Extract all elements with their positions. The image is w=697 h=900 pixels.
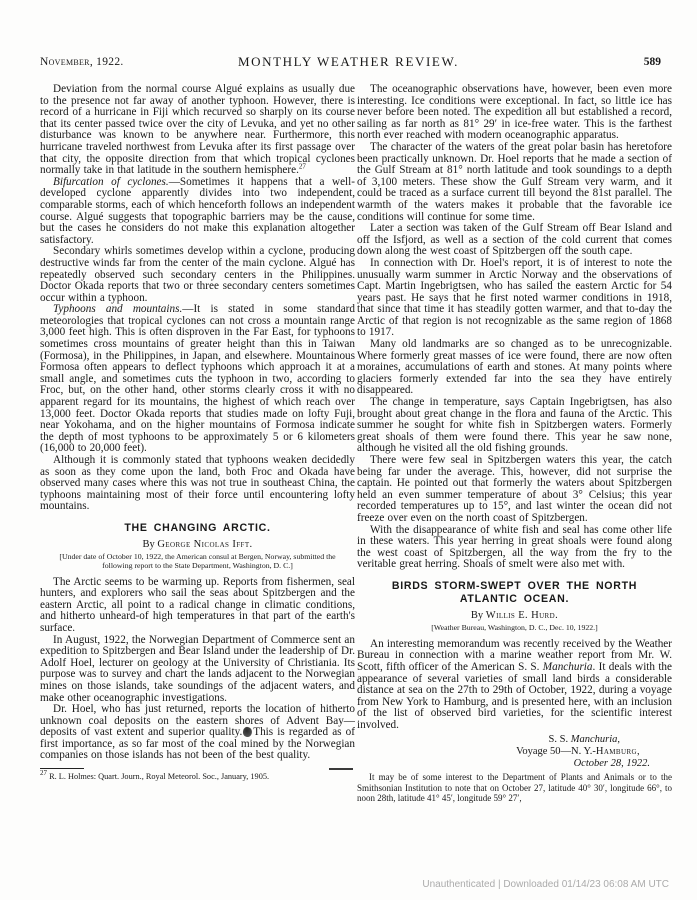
paragraph-lead: Typhoons and mountains. — [53, 303, 182, 315]
paragraph-lead: Bifurcation of cyclones. — [53, 176, 169, 188]
paragraph: Dr. Hoel, who has just returned, reports… — [40, 704, 355, 762]
paragraph-text: The oceanographic observations have, how… — [357, 83, 672, 141]
footnote: 27 R. L. Holmes: Quart. Journ., Royal Me… — [40, 772, 355, 782]
paragraph: Many old landmarks are so changed as to … — [357, 339, 672, 397]
ship-name: Manchuria — [571, 734, 618, 745]
page-number: 589 — [644, 56, 661, 68]
byline-author: George Nicolas Ifft. — [157, 539, 252, 550]
paragraph: Secondary whirls sometimes develop withi… — [40, 246, 355, 304]
paragraph-text: The character of the waters of the great… — [357, 141, 672, 223]
paragraph: Typhoons and mountains.—It is stated in … — [40, 304, 355, 455]
signature-voyage-line: Voyage 50—N. Y.-Hamburg, — [357, 746, 672, 758]
footnote-reference: 27 — [299, 162, 306, 170]
paragraph: Later a section was taken of the Gulf St… — [357, 223, 672, 258]
paragraph: An interesting memorandum was recently r… — [357, 639, 672, 732]
paragraph-text: There were few seal in Spitzbergen water… — [357, 454, 672, 524]
paragraph: There were few seal in Spitzbergen water… — [357, 455, 672, 525]
signature-block: S. S. Manchuria, Voyage 50—N. Y.-Hamburg… — [357, 734, 672, 770]
ship-prefix: S. S. — [549, 734, 571, 745]
stray-print-mark — [329, 768, 353, 770]
voyage-text: Voyage 50—N. Y.- — [516, 746, 596, 757]
article-dateline-note: [Weather Bureau, Washington, D. C., Dec.… — [363, 624, 666, 633]
paragraph-text: Many old landmarks are so changed as to … — [357, 338, 672, 396]
article-title-changing-arctic: THE CHANGING ARCTIC. — [54, 522, 341, 535]
paragraph-text: —It is stated in some standard meteorolo… — [40, 303, 355, 454]
article-byline: By George Nicolas Ifft. — [40, 539, 355, 550]
paragraph: The character of the waters of the great… — [357, 142, 672, 223]
byline-author: Willis E. Hurd. — [486, 610, 558, 621]
footnote-text: R. L. Holmes: Quart. Journ., Royal Meteo… — [49, 772, 269, 781]
paragraph: The oceanographic observations have, how… — [357, 84, 672, 142]
memorandum-excerpt: It may be of some interest to the Depart… — [357, 772, 672, 803]
paragraph-text: The Arctic seems to be warming up. Repor… — [40, 576, 355, 634]
footnote-number: 27 — [40, 769, 47, 777]
paragraph: In August, 1922, the Norwegian Departmen… — [40, 635, 355, 705]
paragraph: Bifurcation of cyclones.—Sometimes it ha… — [40, 177, 355, 247]
paragraph-text: With the disappearance of white fish and… — [357, 524, 672, 571]
paragraph: In connection with Dr. Hoel's report, it… — [357, 258, 672, 339]
footnote-block: 27 R. L. Holmes: Quart. Journ., Royal Me… — [40, 768, 355, 782]
byline-by: By — [471, 610, 483, 621]
paragraph-text: Later a section was taken of the Gulf St… — [357, 222, 672, 257]
journal-title: MONTHLY WEATHER REVIEW. — [0, 54, 697, 70]
article-title-birds-storm-swept: BIRDS STORM-SWEPT OVER THE NORTH ATLANTI… — [371, 580, 658, 606]
paragraph: The Arctic seems to be warming up. Repor… — [40, 577, 355, 635]
ink-blot-mark — [242, 726, 253, 738]
article-byline: By Willis E. Hurd. — [357, 610, 672, 621]
byline-by: By — [142, 539, 154, 550]
paragraph-text: Deviation from the normal course Algué e… — [40, 83, 355, 176]
voyage-destination: Hamburg, — [596, 746, 640, 757]
ship-name: Manchuria — [543, 661, 593, 673]
paragraph: Although it is commonly stated that typh… — [40, 455, 355, 513]
ship-suffix: , — [617, 734, 620, 745]
paragraph: With the disappearance of white fish and… — [357, 525, 672, 571]
signature-ship-line: S. S. Manchuria, — [357, 734, 672, 746]
paragraph: The change in temperature, says Captain … — [357, 397, 672, 455]
download-watermark: Unauthenticated | Downloaded 01/14/23 06… — [422, 879, 669, 890]
paragraph-text: Although it is commonly stated that typh… — [40, 454, 355, 512]
paragraph: Deviation from the normal course Algué e… — [40, 84, 355, 177]
left-column: Deviation from the normal course Algué e… — [40, 84, 355, 782]
paragraph-text: In August, 1922, the Norwegian Departmen… — [40, 634, 355, 704]
paragraph-text: Secondary whirls sometimes develop withi… — [40, 245, 355, 303]
journal-page: November, 1922. MONTHLY WEATHER REVIEW. … — [0, 0, 697, 900]
signature-date-line: October 28, 1922. — [357, 758, 672, 770]
article-dateline-note: [Under date of October 10, 1922, the Ame… — [46, 553, 349, 571]
paragraph-text: The change in temperature, says Captain … — [357, 396, 672, 454]
right-column: The oceanographic observations have, how… — [357, 84, 672, 804]
paragraph-text: In connection with Dr. Hoel's report, it… — [357, 257, 672, 339]
